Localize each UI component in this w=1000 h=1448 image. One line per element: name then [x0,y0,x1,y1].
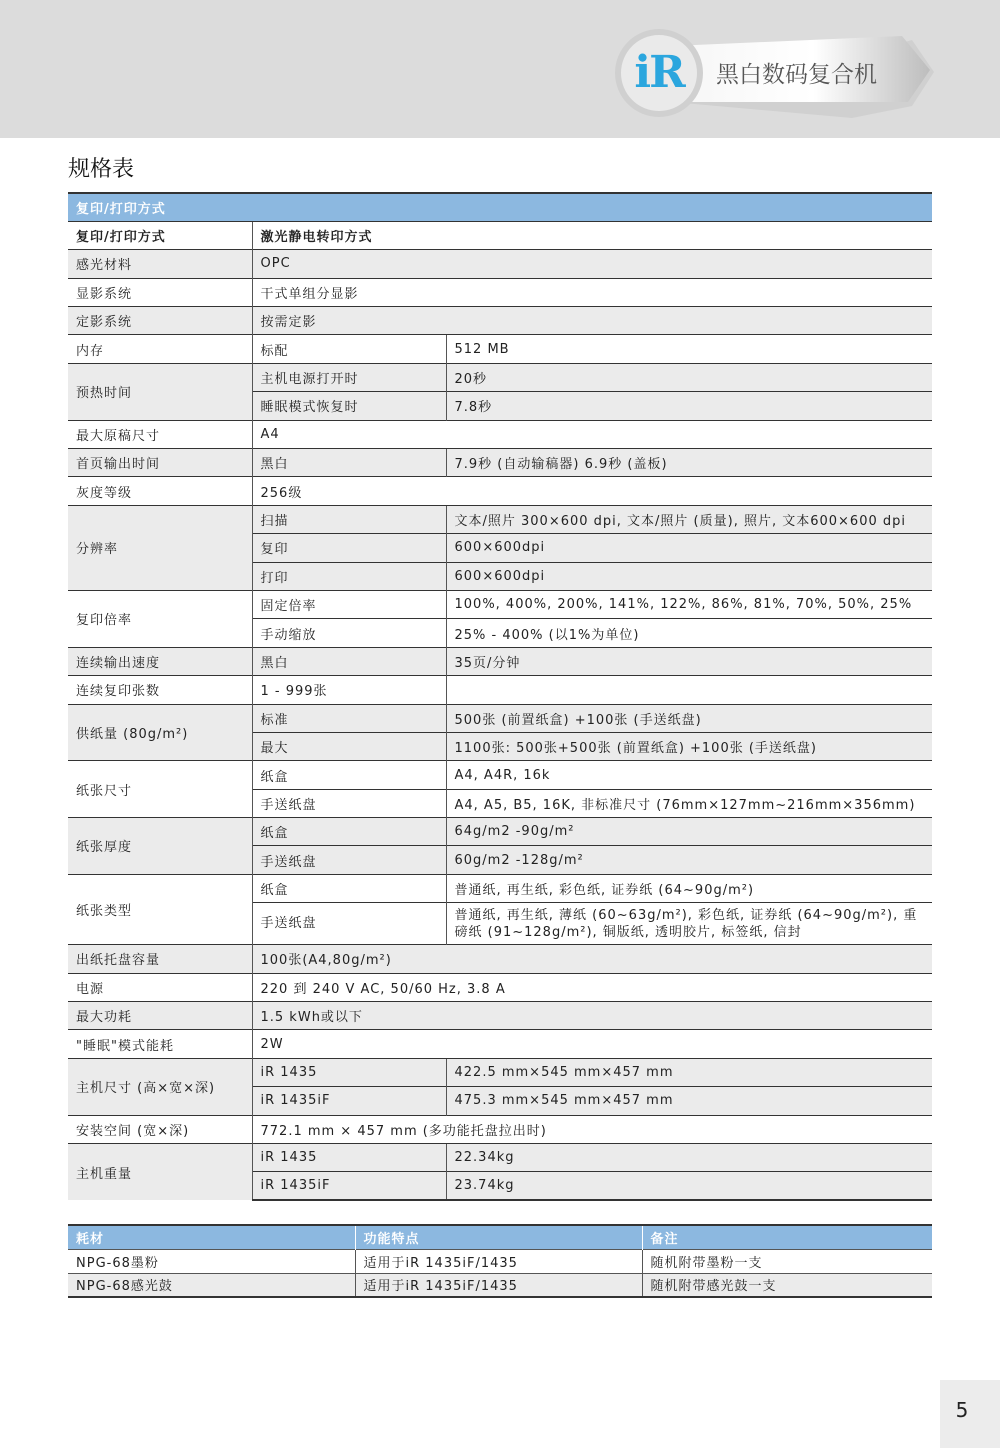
row-value: 512 MB [446,335,932,363]
table-row: NPG-68感光鼓 适用于iR 1435iF/1435 随机附带感光鼓一支 [68,1273,932,1297]
table-row: 纸张厚度 纸盒 64g/m2 -90g/m² [68,818,932,846]
row-sublabel: iR 1435iF [252,1087,446,1115]
row-sublabel: 手送纸盘 [252,903,446,945]
row-sublabel: iR 1435iF [252,1172,446,1200]
row-sublabel: 黑白 [252,647,446,675]
row-sublabel: 睡眠模式恢复时 [252,392,446,420]
row-value: 25% - 400% (以1%为单位) [446,619,932,647]
row-value: 772.1 mm × 457 mm (多功能托盘拉出时) [252,1115,932,1143]
row-sublabel: 最大 [252,732,446,760]
row-label: 最大功耗 [68,1002,252,1030]
row-label: "睡眠"模式能耗 [68,1030,252,1058]
table-row: 纸张类型 纸盒 普通纸, 再生纸, 彩色纸, 证券纸 (64~90g/m²) [68,874,932,902]
row-label: 预热时间 [68,363,252,420]
table-row: 复印倍率 固定倍率 100%, 400%, 200%, 141%, 122%, … [68,590,932,618]
row-sublabel: iR 1435 [252,1144,446,1172]
row-label: 连续输出速度 [68,647,252,675]
row-sublabel: 固定倍率 [252,590,446,618]
row-value: 600×600dpi [446,562,932,590]
table-row: 感光材料 OPC [68,250,932,278]
row-sublabel: 手动缩放 [252,619,446,647]
row-value: 普通纸, 再生纸, 薄纸 (60~63g/m²), 彩色纸, 证券纸 (64~9… [446,903,932,945]
row-sublabel: 手送纸盘 [252,789,446,817]
row-value: 422.5 mm×545 mm×457 mm [446,1058,932,1086]
consumable-feature: 适用于iR 1435iF/1435 [355,1273,642,1297]
row-sublabel: 标配 [252,335,446,363]
row-label: 主机尺寸 (高×宽×深) [68,1058,252,1115]
row-label: 纸张厚度 [68,818,252,875]
table-row: 预热时间 主机电源打开时 20秒 [68,363,932,391]
row-label: 最大原稿尺寸 [68,420,252,448]
row-sublabel: 打印 [252,562,446,590]
section-header: 复印/打印方式 [68,193,932,221]
row-label: 分辨率 [68,505,252,590]
table-row: 出纸托盘容量 100张(A4,80g/m²) [68,945,932,973]
row-sublabel: 扫描 [252,505,446,533]
table-row: 内存 标配 512 MB [68,335,932,363]
consumable-note: 随机附带墨粉一支 [642,1249,932,1273]
row-label: 纸张尺寸 [68,761,252,818]
row-value: 220 到 240 V AC, 50/60 Hz, 3.8 A [252,973,932,1001]
row-value: 60g/m2 -128g/m² [446,846,932,874]
row-value: 干式单组分显影 [252,278,932,306]
row-value: 1100张: 500张+500张 (前置纸盒) +100张 (手送纸盘) [446,732,932,760]
consumable-name: NPG-68墨粉 [68,1249,355,1273]
page-title: 规格表 [68,152,134,183]
consumables-header-row: 耗材 功能特点 备注 [68,1225,932,1249]
row-label: 主机重量 [68,1144,252,1201]
consumable-name: NPG-68感光鼓 [68,1273,355,1297]
row-label: 安装空间 (宽×深) [68,1115,252,1143]
row-value: 600×600dpi [446,534,932,562]
page-number-tab: 5 [940,1380,1000,1448]
row-value: 475.3 mm×545 mm×457 mm [446,1087,932,1115]
row-value: 20秒 [446,363,932,391]
row-label: 显影系统 [68,278,252,306]
row-value: 2W [252,1030,932,1058]
row-value: 500张 (前置纸盒) +100张 (手送纸盘) [446,704,932,732]
column-header-notes: 备注 [642,1225,932,1249]
column-header-features: 功能特点 [355,1225,642,1249]
row-sublabel: 手送纸盘 [252,846,446,874]
ir-logo: iR [626,40,692,106]
table-row: 最大原稿尺寸 A4 [68,420,932,448]
table-row: 复印/打印方式 激光静电转印方式 [68,221,932,249]
row-value: 1.5 kWh或以下 [252,1002,932,1030]
row-label: 感光材料 [68,250,252,278]
row-label: 首页输出时间 [68,449,252,477]
row-sublabel: 1 - 999张 [252,676,446,704]
product-title: 黑白数码复合机 [716,56,877,89]
row-sublabel: 复印 [252,534,446,562]
row-value: 按需定影 [252,307,932,335]
row-sublabel: 纸盒 [252,874,446,902]
table-row: 显影系统 干式单组分显影 [68,278,932,306]
row-sublabel: 纸盒 [252,818,446,846]
spec-table: 复印/打印方式 复印/打印方式 激光静电转印方式 感光材料 OPC 显影系统 干… [68,192,932,1201]
table-row: 纸张尺寸 纸盒 A4, A4R, 16k [68,761,932,789]
section-header-row: 复印/打印方式 [68,193,932,221]
row-sublabel: 黑白 [252,449,446,477]
row-sublabel: iR 1435 [252,1058,446,1086]
row-value [446,676,932,704]
row-label: 供纸量 (80g/m²) [68,704,252,761]
row-label: 定影系统 [68,307,252,335]
table-row: 分辨率 扫描 文本/照片 300×600 dpi, 文本/照片 (质量), 照片… [68,505,932,533]
row-label: 电源 [68,973,252,1001]
row-value: 7.8秒 [446,392,932,420]
table-row: 连续输出速度 黑白 35页/分钟 [68,647,932,675]
table-row: 首页输出时间 黑白 7.9秒 (自动输稿器) 6.9秒 (盖板) [68,449,932,477]
row-value: 普通纸, 再生纸, 彩色纸, 证券纸 (64~90g/m²) [446,874,932,902]
row-label: 连续复印张数 [68,676,252,704]
consumables-table: 耗材 功能特点 备注 NPG-68墨粉 适用于iR 1435iF/1435 随机… [68,1224,932,1298]
table-row: 灰度等级 256级 [68,477,932,505]
row-value: 23.74kg [446,1172,932,1200]
consumable-note: 随机附带感光鼓一支 [642,1273,932,1297]
row-value: 激光静电转印方式 [252,221,932,249]
table-row: 定影系统 按需定影 [68,307,932,335]
row-value: A4, A4R, 16k [446,761,932,789]
table-row: 电源 220 到 240 V AC, 50/60 Hz, 3.8 A [68,973,932,1001]
row-value: 256级 [252,477,932,505]
product-badge: iR 黑白数码复合机 [612,22,942,124]
row-value: 7.9秒 (自动输稿器) 6.9秒 (盖板) [446,449,932,477]
row-value: 35页/分钟 [446,647,932,675]
row-label: 纸张类型 [68,874,252,944]
row-label: 复印倍率 [68,590,252,647]
row-value: A4 [252,420,932,448]
row-value: OPC [252,250,932,278]
table-row: 连续复印张数 1 - 999张 [68,676,932,704]
row-label: 出纸托盘容量 [68,945,252,973]
row-sublabel: 纸盒 [252,761,446,789]
row-label: 灰度等级 [68,477,252,505]
row-value: 64g/m2 -90g/m² [446,818,932,846]
row-value: 100%, 400%, 200%, 141%, 122%, 86%, 81%, … [446,590,932,618]
table-row: 主机重量 iR 1435 22.34kg [68,1144,932,1172]
row-label: 内存 [68,335,252,363]
consumable-feature: 适用于iR 1435iF/1435 [355,1249,642,1273]
row-value: 22.34kg [446,1144,932,1172]
table-row: 安装空间 (宽×深) 772.1 mm × 457 mm (多功能托盘拉出时) [68,1115,932,1143]
table-row: 主机尺寸 (高×宽×深) iR 1435 422.5 mm×545 mm×457… [68,1058,932,1086]
table-row: NPG-68墨粉 适用于iR 1435iF/1435 随机附带墨粉一支 [68,1249,932,1273]
row-sublabel: 标准 [252,704,446,732]
table-row: 最大功耗 1.5 kWh或以下 [68,1002,932,1030]
row-label: 复印/打印方式 [68,221,252,249]
row-value: 100张(A4,80g/m²) [252,945,932,973]
table-row: "睡眠"模式能耗 2W [68,1030,932,1058]
table-row: 供纸量 (80g/m²) 标准 500张 (前置纸盒) +100张 (手送纸盘) [68,704,932,732]
page-number: 5 [940,1398,984,1422]
row-sublabel: 主机电源打开时 [252,363,446,391]
column-header-consumable: 耗材 [68,1225,355,1249]
row-value: 文本/照片 300×600 dpi, 文本/照片 (质量), 照片, 文本600… [446,505,932,533]
row-value: A4, A5, B5, 16K, 非标准尺寸 (76mm×127mm~216mm… [446,789,932,817]
